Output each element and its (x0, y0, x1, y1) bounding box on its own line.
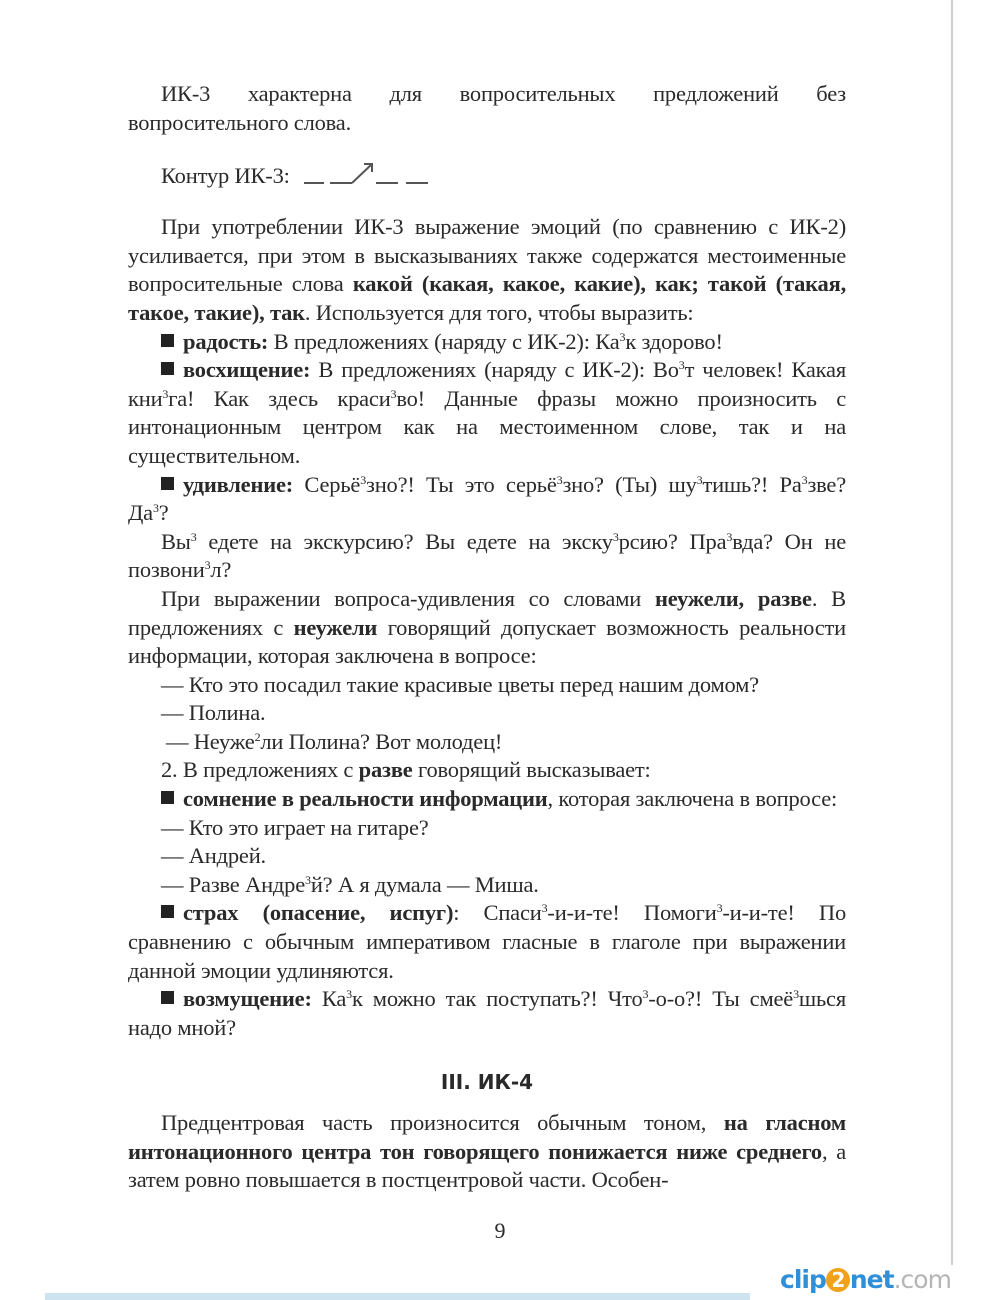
trip-examples: Вы3 едете на экскурсию? Вы едете на экск… (128, 528, 846, 585)
emotion-joy: радость: В предложениях (наряду с ИК-2):… (128, 328, 846, 357)
square-bullet-icon (161, 334, 174, 347)
dialog-line: — Кто это посадил такие красивые цветы п… (128, 671, 846, 700)
emotion-fear: страх (опасение, испуг): Спаси3-и-и-те! … (128, 899, 846, 985)
bottom-scroll-bar (45, 1293, 750, 1300)
dialog-line: — Разве Андре3й? А я думала — Миша. (128, 871, 846, 900)
square-bullet-icon (161, 791, 174, 804)
intro-paragraph: ИК-3 характерна для вопросительных предл… (128, 80, 846, 137)
dialog-line: — Кто это играет на гитаре? (128, 814, 846, 843)
square-bullet-icon (161, 905, 174, 918)
emotion-indignation: возмущение: Ка3к можно так поступать?! Ч… (128, 985, 846, 1042)
rising-contour-icon (302, 161, 432, 191)
ik3-usage-paragraph: При употреблении ИК-3 выражение эмоций (… (128, 213, 846, 327)
emotion-admiration: восхищение: В предложениях (наряду с ИК-… (128, 356, 846, 470)
dialog-line: — Андрей. (128, 842, 846, 871)
page-edge-divider (951, 0, 953, 1265)
razve-paragraph: 2. В предложениях с разве говорящий выск… (128, 756, 846, 785)
section-heading: III. ИК-4 (128, 1068, 846, 1097)
contour-ik3: Контур ИК-3: (128, 159, 846, 193)
question-surprise-paragraph: При выражении вопроса-удивления со слова… (128, 585, 846, 671)
ik4-paragraph: Предцентровая часть произносится обычным… (128, 1109, 846, 1195)
clip2net-watermark: clip2net.com (780, 1265, 951, 1294)
emotion-surprise: удивление: Серьё3зно?! Ты это серьё3зно?… (128, 471, 846, 528)
page-number: 9 (0, 1218, 1000, 1244)
square-bullet-icon (161, 991, 174, 1004)
emotion-doubt: сомнение в реальности информации, котора… (128, 785, 846, 814)
document-page: ИК-3 характерна для вопросительных предл… (128, 80, 846, 1195)
dialog-line: — Неуже2ли Полина? Вот молодец! (128, 728, 846, 757)
square-bullet-icon (161, 362, 174, 375)
dialog-line: — Полина. (128, 699, 846, 728)
contour-label: Контур ИК-3: (161, 162, 290, 191)
square-bullet-icon (161, 477, 174, 490)
